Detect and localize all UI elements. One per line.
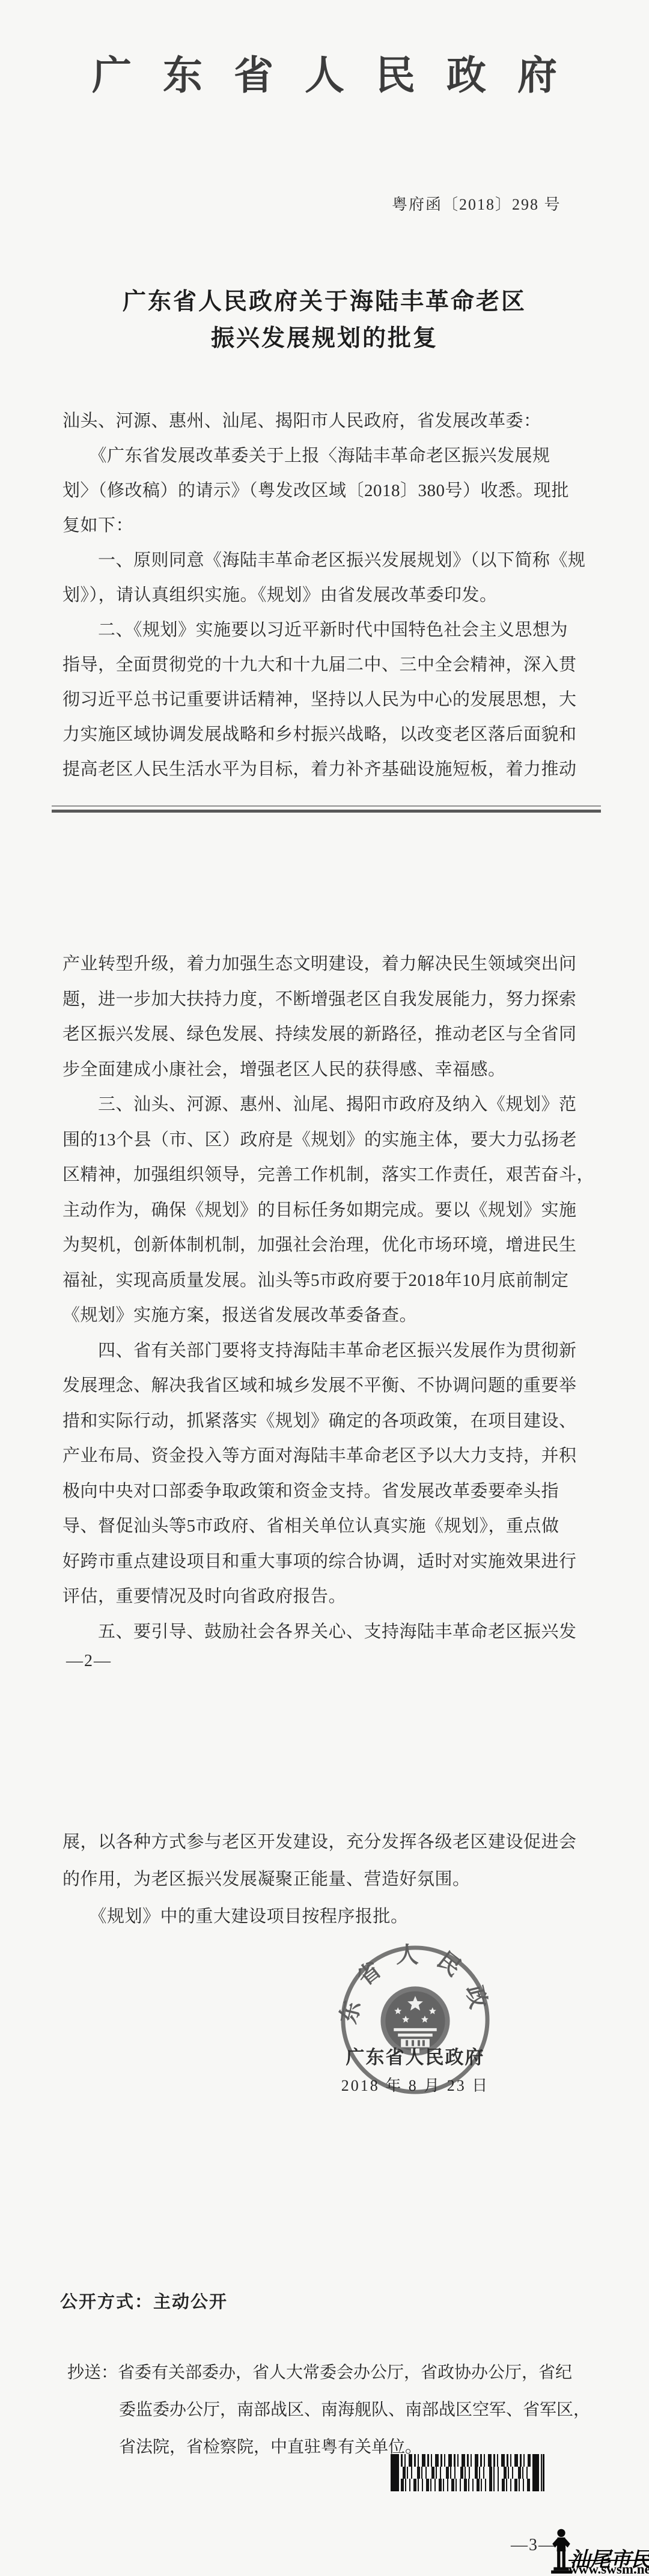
text-line: 题，进一步加大扶持力度，不断增强老区自我发展能力，努力探索 bbox=[62, 982, 591, 1017]
barcode-start-bar bbox=[391, 2454, 399, 2491]
text-line: 《规划》实施方案，报送省发展改革委备查。 bbox=[62, 1298, 591, 1333]
text-line: 展，以各种方式参与老区开发建设，充分发挥各级老区建设促进会 bbox=[62, 1823, 591, 1861]
disclosure-method-line: 公开方式：主动公开 bbox=[60, 2288, 228, 2313]
body-page2: 产业转型升级，着力加强生态文明建设，着力解决民生领域突出问题，进一步加大扶持力度… bbox=[62, 947, 591, 1649]
document-barcode bbox=[391, 2454, 544, 2491]
text-line: 一、原则同意《海陆丰革命老区振兴发展规划》（以下简称《规 bbox=[62, 543, 591, 578]
cc-list: 抄送：省委有关部委办，省人大常委会办公厅，省政协办公厅，省纪委监委办公厅，南部战… bbox=[67, 2354, 608, 2466]
signer-name: 广东省人民政府 bbox=[338, 2042, 493, 2069]
signature-date: 2018 年 8 月 23 日 bbox=[338, 2073, 493, 2096]
body-page3: 展，以各种方式参与老区开发建设，充分发挥各级老区建设促进会的作用，为老区振兴发展… bbox=[62, 1823, 591, 1935]
page-break-line-thick bbox=[52, 810, 601, 813]
barcode-data-rows bbox=[401, 2454, 531, 2491]
barcode-stop-bar bbox=[532, 2454, 544, 2491]
text-line: 产业转型升级，着力加强生态文明建设，着力解决民生领域突出问 bbox=[62, 947, 591, 982]
document-title-line1: 广东省人民政府关于海陆丰革命老区 bbox=[0, 283, 649, 320]
text-line: 发展理念、解决我省区域和城乡发展不平衡、不协调问题的重要举 bbox=[62, 1368, 591, 1404]
body-page1: 汕头、河源、惠州、汕尾、揭阳市人民政府，省发展改革委： 《广东省发展改革委关于上… bbox=[62, 404, 591, 787]
text-line: 汕头、河源、惠州、汕尾、揭阳市人民政府，省发展改革委： bbox=[62, 404, 591, 438]
text-line: 极向中央对口部委争取政策和资金支持。省发展改革委要牵头指 bbox=[62, 1474, 591, 1509]
text-line: 划〉（修改稿）的请示》（粤发改区域〔2018〕380号）收悉。现批 bbox=[62, 473, 591, 508]
text-line: 好跨市重点建设项目和重大事项的综合协调，适时对实施效果进行 bbox=[62, 1544, 591, 1580]
scanned-document-page: 广东省人民政府 粤府函〔2018〕298 号 广东省人民政府关于海陆丰革命老区 … bbox=[0, 0, 649, 2576]
text-line: 围的13个县（市、区）政府是《规划》的实施主体，要大力弘扬老 bbox=[62, 1123, 591, 1158]
text-line: 步全面建成小康社会，增强老区人民的获得感、幸福感。 bbox=[62, 1052, 591, 1088]
page-break-line-thin bbox=[52, 805, 601, 807]
text-line: 老区振兴发展、绿色发展、持续发展的新路径，推动老区与全省同 bbox=[62, 1017, 591, 1052]
page-number-2: —2— bbox=[66, 1652, 112, 1671]
text-line: 五、要引导、鼓励社会各界关心、支持海陆丰革命老区振兴发 bbox=[62, 1614, 591, 1650]
text-line: 委监委办公厅，南部战区、南海舰队、南部战区空军、省军区， bbox=[67, 2392, 608, 2429]
agency-header: 广东省人民政府 bbox=[0, 43, 649, 100]
document-number: 粤府函〔2018〕298 号 bbox=[392, 192, 561, 214]
text-line: 复如下： bbox=[62, 508, 591, 543]
text-line: 二、《规划》实施要以习近平新时代中国特色社会主义思想为 bbox=[62, 613, 591, 647]
text-line: 评估，重要情况及时向省政府报告。 bbox=[62, 1579, 591, 1614]
watermark-site-url: www.swsm.net bbox=[568, 2560, 649, 2576]
text-line: 导、督促汕头等5市政府、省相关单位认真实施《规划》，重点做 bbox=[62, 1509, 591, 1544]
text-line: 彻习近平总书记重要讲话精神，坚持以人民为中心的发展思想，大 bbox=[62, 682, 591, 717]
text-line: 抄送：省委有关部委办，省人大常委会办公厅，省政协办公厅，省纪 bbox=[67, 2354, 608, 2392]
text-line: 四、省有关部门要将支持海陆丰革命老区振兴发展作为贯彻新 bbox=[62, 1333, 591, 1369]
document-title: 广东省人民政府关于海陆丰革命老区 振兴发展规划的批复 bbox=[0, 283, 649, 357]
text-line: 的作用，为老区振兴发展凝聚正能量、营造好氛围。 bbox=[62, 1861, 591, 1898]
text-line: 为契机，创新体制机制，加强社会治理，优化市场环境，增进民生 bbox=[62, 1228, 591, 1263]
document-title-line2: 振兴发展规划的批复 bbox=[0, 320, 649, 357]
text-line: 提高老区人民生活水平为目标，着力补齐基础设施短板，着力推动 bbox=[62, 752, 591, 787]
text-line: 福祉，实现高质量发展。汕头等5市政府要于2018年10月底前制定 bbox=[62, 1263, 591, 1299]
text-line: 主动作为，确保《规划》的目标任务如期完成。要以《规划》实施 bbox=[62, 1193, 591, 1228]
text-line: 三、汕头、河源、惠州、汕尾、揭阳市政府及纳入《规划》范 bbox=[62, 1087, 591, 1123]
page-number-3: —3— bbox=[511, 2536, 556, 2555]
text-line: 指导，全面贯彻党的十九大和十九届二中、三中全会精神，深入贯 bbox=[62, 647, 591, 682]
text-line: 《规划》中的重大建设项目按程序报批。 bbox=[62, 1898, 591, 1935]
text-line: 措和实际行动，抓紧落实《规划》确定的各项政策，在项目建设、 bbox=[62, 1404, 591, 1439]
text-line: 区精神，加强组织领导，完善工作机制，落实工作责任，艰苦奋斗， bbox=[62, 1157, 591, 1193]
text-line: 力实施区域协调发展战略和乡村振兴战略，以改变老区落后面貌和 bbox=[62, 717, 591, 752]
text-line: 《广东省发展改革委关于上报〈海陆丰革命老区振兴发展规 bbox=[62, 438, 591, 473]
text-line: 划》），请认真组织实施。《规划》由省发展改革委印发。 bbox=[62, 578, 591, 613]
text-line: 产业布局、资金投入等方面对海陆丰革命老区予以大力支持，并积 bbox=[62, 1438, 591, 1474]
